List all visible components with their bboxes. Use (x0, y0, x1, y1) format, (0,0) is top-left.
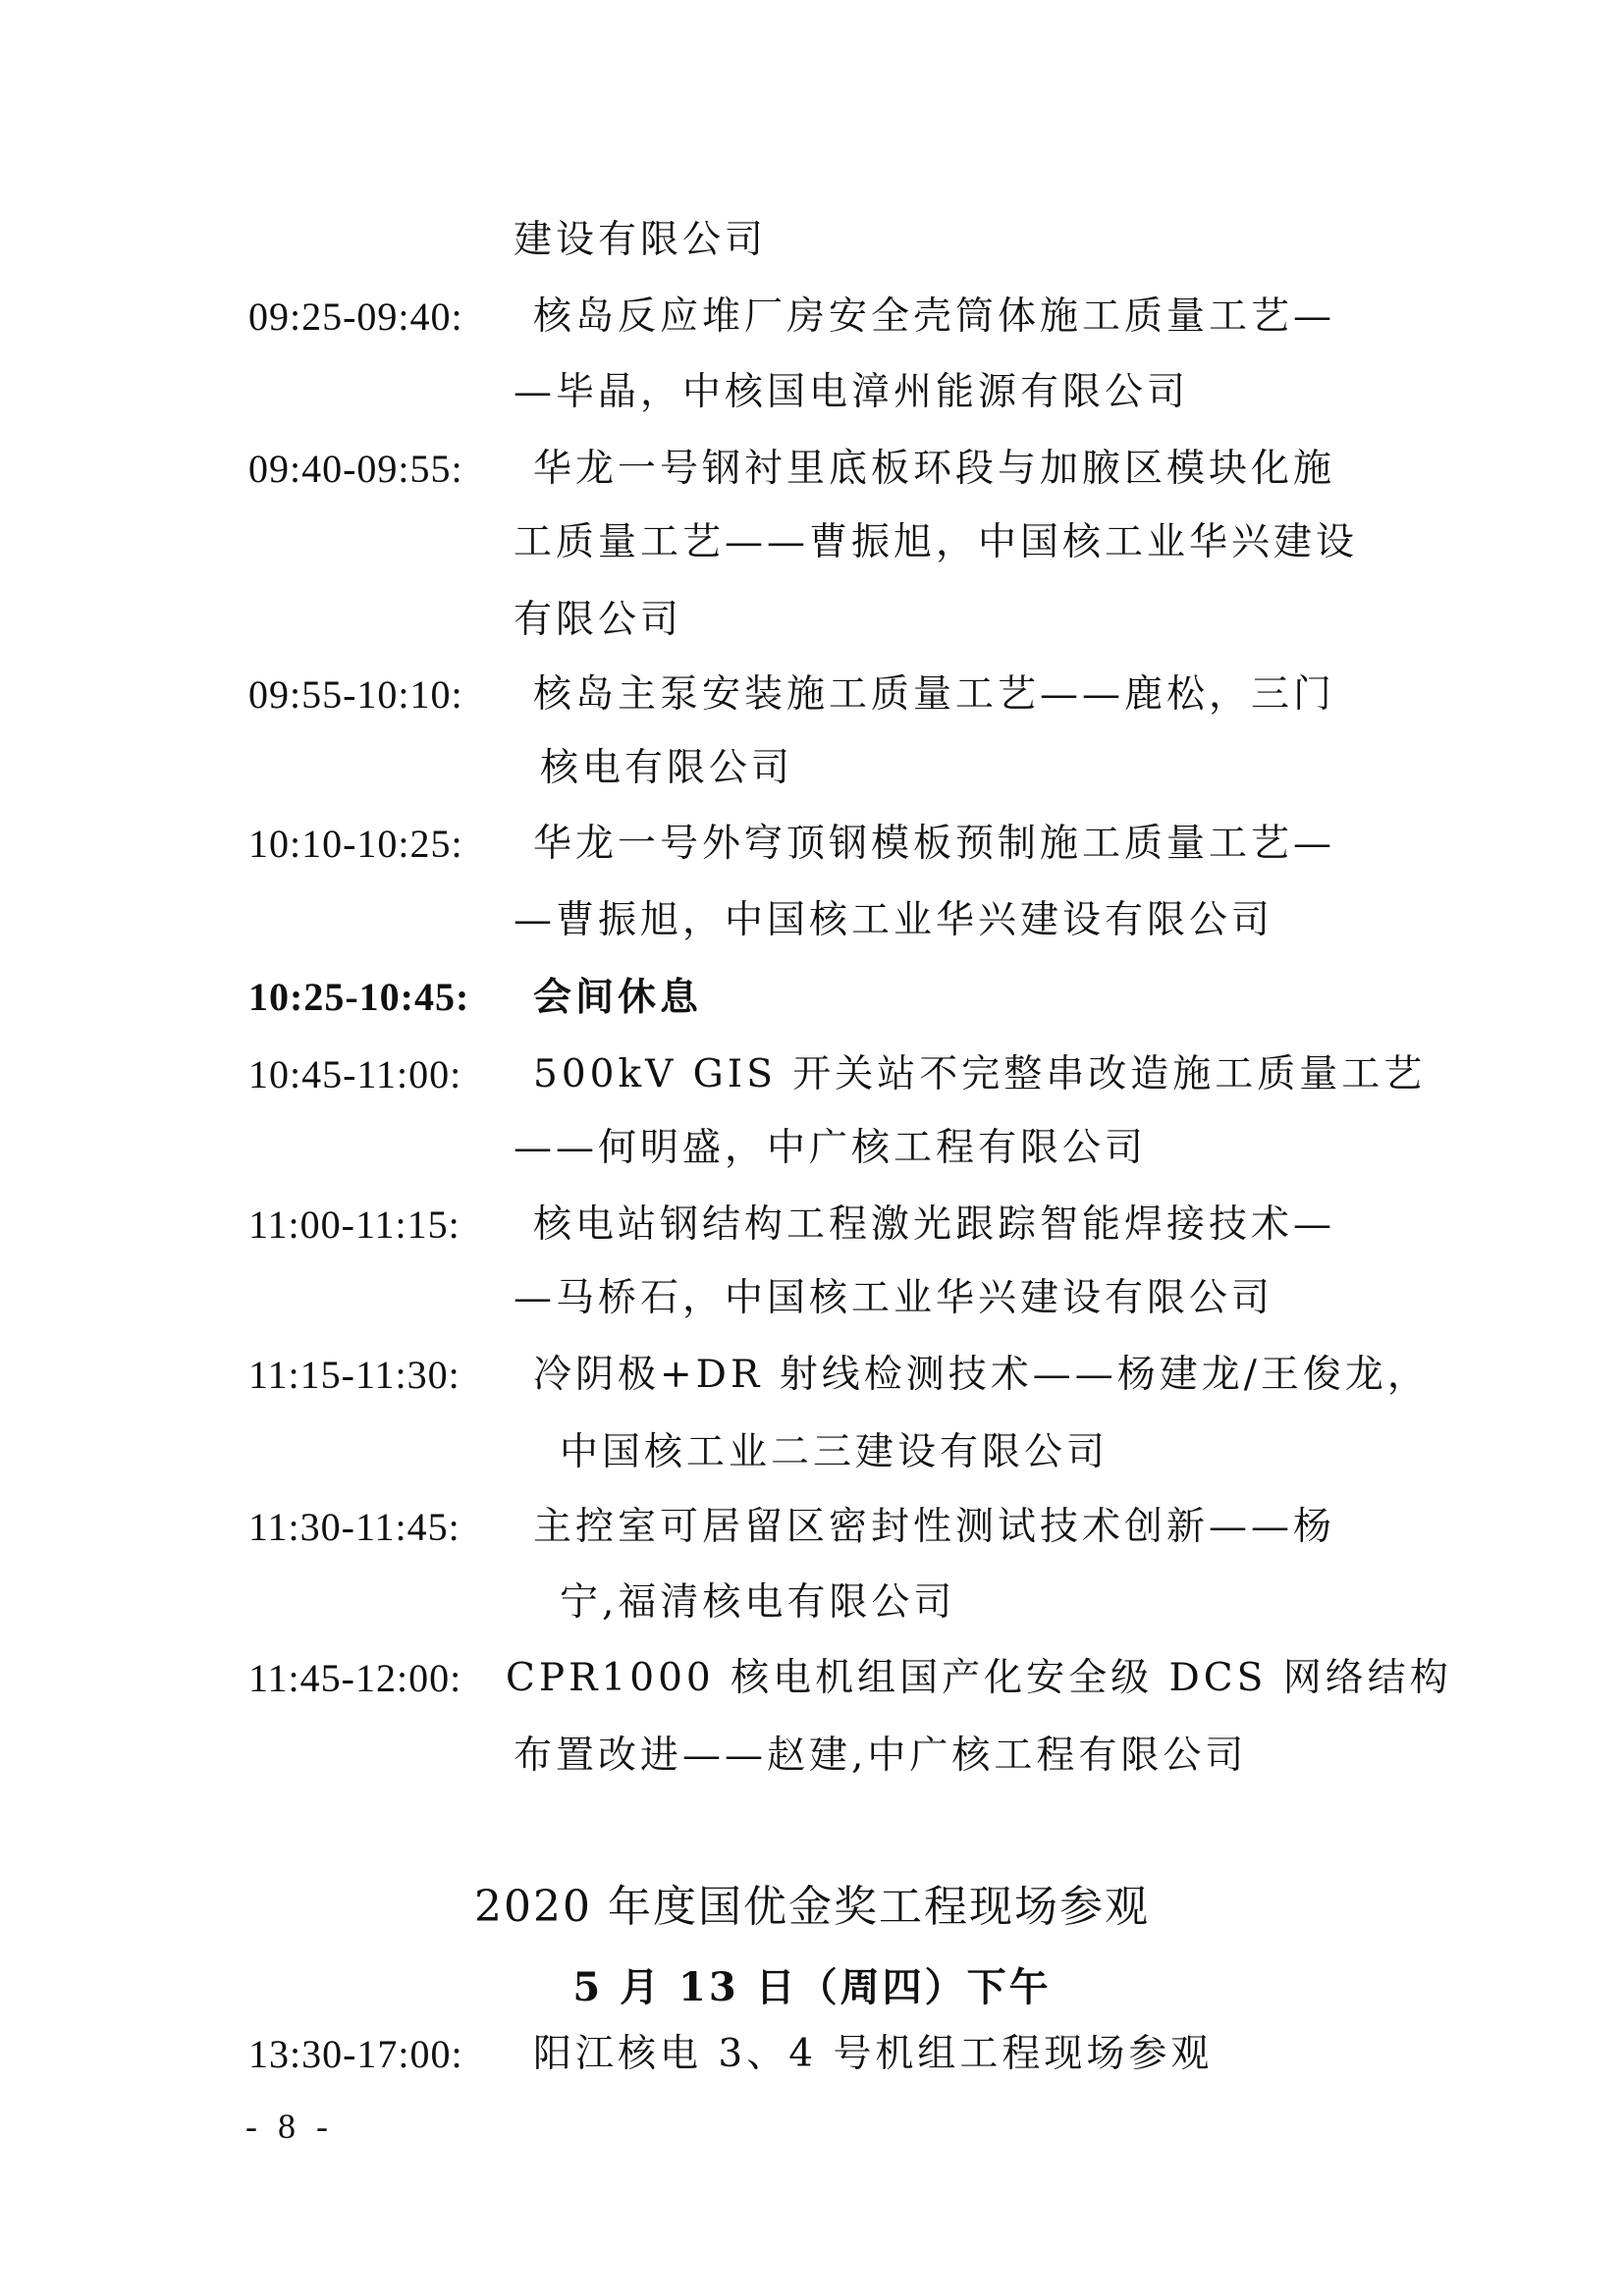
schedule-time: 11:15-11:30: (248, 1353, 460, 1398)
schedule-text: 核电有限公司 (540, 746, 793, 791)
schedule-text: 布置改进——赵建,中广核工程有限公司 (514, 1734, 1247, 1779)
schedule-text: 主控室可居留区密封性测试技术创新——杨 (533, 1505, 1335, 1550)
schedule-text: —曹振旭，中国核工业华兴建设有限公司 (514, 898, 1273, 943)
schedule-time: 09:40-09:55: (248, 447, 463, 492)
schedule-time: 09:25-09:40: (248, 294, 463, 340)
schedule-text: 阳江核电 3、4 号机组工程现场参观 (533, 2032, 1213, 2077)
schedule-text: 500kV GIS 开关站不完整串改造施工质量工艺 (533, 1052, 1426, 1097)
schedule-time: 09:55-10:10: (248, 672, 463, 718)
schedule-text: ——何明盛，中广核工程有限公司 (514, 1126, 1147, 1171)
schedule-text: —毕晶，中核国电漳州能源有限公司 (514, 370, 1189, 415)
schedule-text: 中国核工业二三建设有限公司 (560, 1430, 1109, 1475)
schedule-time: 11:45-12:00: (248, 1656, 461, 1701)
section-subtitle: 5 月 13 日（周四）下午 (0, 1956, 1624, 2012)
schedule-text: 核电站钢结构工程激光跟踪智能焊接技术— (533, 1202, 1335, 1248)
page-number: - 8 - (245, 2106, 334, 2147)
schedule-text: 工质量工艺——曹振旭，中国核工业华兴建设 (514, 520, 1358, 565)
schedule-text: 华龙一号钢衬里底板环段与加腋区模块化施 (533, 447, 1335, 492)
schedule-time: 10:45-11:00: (248, 1052, 461, 1097)
schedule-text: 核岛主泵安装施工质量工艺——鹿松，三门 (533, 672, 1335, 718)
schedule-text: 有限公司 (514, 598, 682, 643)
schedule-text: —马桥石，中国核工业华兴建设有限公司 (514, 1276, 1273, 1321)
schedule-time: 10:25-10:45: (248, 975, 469, 1020)
schedule-text: 核岛反应堆厂房安全壳筒体施工质量工艺— (533, 294, 1335, 340)
schedule-time: 11:00-11:15: (248, 1202, 460, 1248)
schedule-time: 10:10-10:25: (248, 822, 463, 867)
schedule-text: 华龙一号外穹顶钢模板预制施工质量工艺— (533, 822, 1335, 867)
schedule-time: 11:30-11:45: (248, 1505, 460, 1550)
schedule-text: 会间休息 (533, 975, 702, 1020)
schedule-time: 13:30-17:00: (248, 2032, 463, 2077)
section-title: 2020 年度国优金奖工程现场参观 (0, 1882, 1624, 1933)
continuation-line: 建设有限公司 (514, 218, 767, 263)
schedule-text: 冷阴极+DR 射线检测技术——杨建龙/王俊龙， (533, 1353, 1430, 1398)
schedule-text: 宁,福清核电有限公司 (560, 1580, 955, 1626)
schedule-text: CPR1000 核电机组国产化安全级 DCS 网络结构 (506, 1656, 1452, 1701)
